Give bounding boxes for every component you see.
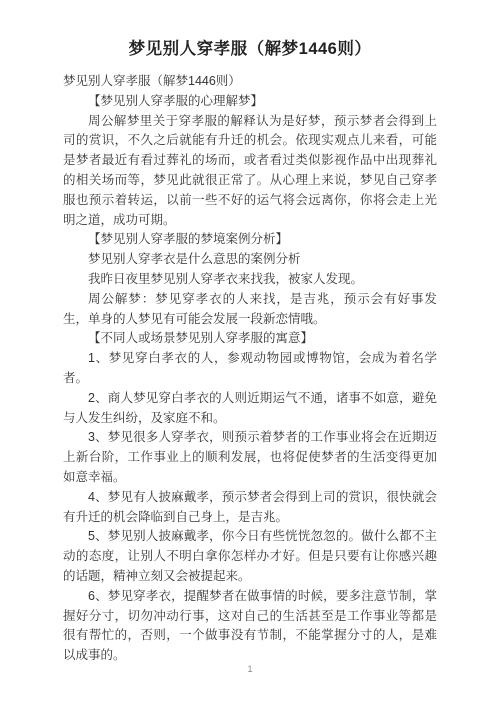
paragraph-case-dream: 我昨日夜里梦见别人穿孝衣来找我，被家人发现。 bbox=[63, 270, 437, 290]
list-item-6: 6、梦见穿孝衣，提醒梦者在做事情的时候，要多注意节制，掌握好分寸，切勿冲动行事，… bbox=[63, 587, 437, 666]
list-item-4: 4、梦见有人披麻戴孝，预示梦者会得到上司的赏识，很快就会有升迁的机会降临到自己身… bbox=[63, 488, 437, 528]
section-heading-meanings: 【不同人或场景梦见别人穿孝服的寓意】 bbox=[63, 329, 437, 349]
page-number: 1 bbox=[0, 664, 500, 674]
page-title: 梦见别人穿孝服（解梦1446则） bbox=[0, 0, 500, 59]
section-heading-case-analysis: 【梦见别人穿孝服的梦境案例分析】 bbox=[63, 230, 437, 250]
list-item-5: 5、梦见别人披麻戴孝，你今日有些恍恍忽忽的。做什么都不主动的态度，让别人不明白拿… bbox=[63, 527, 437, 586]
section-heading-psychology: 【梦见别人穿孝服的心理解梦】 bbox=[63, 92, 437, 112]
list-item-2: 2、商人梦见穿白孝衣的人则近期运气不通，诸事不如意，避免与人发生纠纷，及家庭不和… bbox=[63, 389, 437, 429]
list-item-3: 3、梦见很多人穿孝衣，则预示着梦者的工作事业将会在近期迈上新台阶，工作事业上的顺… bbox=[63, 428, 437, 487]
paragraph-case-interpretation: 周公解梦：梦见穿孝衣的人来找，是吉兆，预示会有好事发生，单身的人梦见有可能会发展… bbox=[63, 290, 437, 330]
document-body: 梦见别人穿孝服（解梦1446则） 【梦见别人穿孝服的心理解梦】 周公解梦里关于穿… bbox=[63, 72, 437, 666]
doc-subtitle-line: 梦见别人穿孝服（解梦1446则） bbox=[63, 72, 437, 92]
paragraph-psychology: 周公解梦里关于穿孝服的解释认为是好梦，预示梦者会得到上司的赏识，不久之后就能有升… bbox=[63, 112, 437, 231]
list-item-1: 1、梦见穿白孝衣的人，参观动物园或博物馆，会成为着名学者。 bbox=[63, 349, 437, 389]
document-page: 梦见别人穿孝服（解梦1446则） 梦见别人穿孝服（解梦1446则） 【梦见别人穿… bbox=[0, 0, 500, 707]
paragraph-case-intro: 梦见别人穿孝衣是什么意思的案例分析 bbox=[63, 250, 437, 270]
